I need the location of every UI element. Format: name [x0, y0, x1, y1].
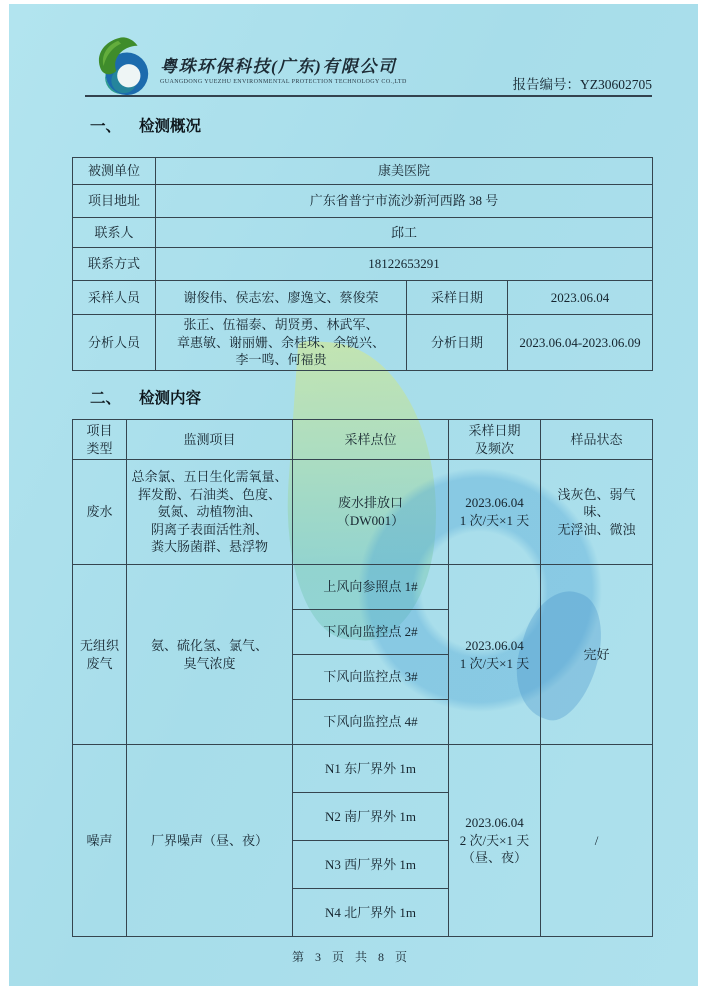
overview-value2: 2023.06.04-2023.06.09 — [508, 315, 653, 371]
header-rule — [85, 95, 652, 97]
overview-value: 康美医院 — [156, 158, 653, 185]
content-point: N3 西厂界外 1m — [293, 841, 449, 889]
section-title-content: 二、检测内容 — [90, 386, 201, 408]
overview-value: 邱工 — [156, 218, 653, 248]
content-items: 氨、硫化氢、氯气、 臭气浓度 — [127, 565, 293, 745]
overview-label: 分析人员 — [73, 315, 156, 371]
content-header-date: 采样日期 及频次 — [449, 420, 541, 460]
report-number: 报告编号：YZ30602705 — [440, 73, 652, 93]
section-title-overview: 一、检测概况 — [90, 114, 201, 136]
overview-label: 项目地址 — [73, 185, 156, 218]
report-number-value: YZ30602705 — [580, 77, 652, 92]
content-point: 下风向监控点 2# — [293, 610, 449, 655]
content-items: 总余氯、五日生化需氧量、 挥发酚、石油类、色度、 氨氮、动植物油、 阴离子表面活… — [127, 460, 293, 565]
content-point: 下风向监控点 3# — [293, 655, 449, 700]
content-header-status: 样品状态 — [541, 420, 653, 460]
section1-number: 一、 — [90, 118, 121, 135]
content-type: 废水 — [73, 460, 127, 565]
content-point: 废水排放口 （DW001） — [293, 460, 449, 565]
overview-value2: 2023.06.04 — [508, 281, 653, 315]
content-point: 上风向参照点 1# — [293, 565, 449, 610]
overview-label: 联系方式 — [73, 248, 156, 281]
overview-value: 18122653291 — [156, 248, 653, 281]
content-header-items: 监测项目 — [127, 420, 293, 460]
content-items: 厂界噪声（昼、夜） — [127, 745, 293, 937]
content-status: 浅灰色、弱气味、 无浮油、微浊 — [541, 460, 653, 565]
content-type: 无组织 废气 — [73, 565, 127, 745]
overview-value: 谢俊伟、侯志宏、廖逸文、蔡俊荣 — [156, 281, 407, 315]
content-table: 项目 类型 监测项目 采样点位 采样日期 及频次 样品状态 废水 总余氯、五日生… — [72, 419, 653, 937]
content-status: 完好 — [541, 565, 653, 745]
content-date: 2023.06.04 1 次/天×1 天 — [449, 565, 541, 745]
content-date: 2023.06.04 2 次/天×1 天 （昼、夜） — [449, 745, 541, 937]
content-point: N1 东厂界外 1m — [293, 745, 449, 793]
overview-value: 广东省普宁市流沙新河西路 38 号 — [156, 185, 653, 218]
content-date: 2023.06.04 1 次/天×1 天 — [449, 460, 541, 565]
overview-label2: 分析日期 — [407, 315, 508, 371]
company-name-cn: 粤珠环保科技(广东)有限公司 — [160, 52, 460, 77]
overview-label: 联系人 — [73, 218, 156, 248]
overview-label: 采样人员 — [73, 281, 156, 315]
company-name-block: 粤珠环保科技(广东)有限公司 GUANGDONG YUEZHU ENVIRONM… — [160, 52, 460, 85]
report-page: 粤珠环保科技(广东)有限公司 GUANGDONG YUEZHU ENVIRONM… — [0, 0, 703, 994]
content-point: N2 南厂界外 1m — [293, 793, 449, 841]
section2-text: 检测内容 — [139, 390, 201, 407]
content-header-points: 采样点位 — [293, 420, 449, 460]
company-name-en: GUANGDONG YUEZHU ENVIRONMENTAL PROTECTIO… — [160, 79, 460, 85]
company-logo-icon — [92, 35, 154, 99]
content-status: / — [541, 745, 653, 937]
section2-number: 二、 — [90, 390, 121, 407]
section1-text: 检测概况 — [139, 118, 201, 135]
overview-label: 被测单位 — [73, 158, 156, 185]
overview-value: 张正、伍福泰、胡贤勇、林武军、 章惠敏、谢丽姗、余桂珠、余锐兴、 李一鸣、何福贵 — [156, 315, 407, 371]
overview-table: 被测单位 康美医院 项目地址 广东省普宁市流沙新河西路 38 号 联系人 邱工 … — [72, 157, 653, 371]
overview-label2: 采样日期 — [407, 281, 508, 315]
content-point: N4 北厂界外 1m — [293, 889, 449, 937]
content-type: 噪声 — [73, 745, 127, 937]
page-number: 第 3 页 共 8 页 — [0, 948, 703, 965]
content-header-type: 项目 类型 — [73, 420, 127, 460]
report-number-label: 报告编号： — [513, 77, 581, 92]
content-point: 下风向监控点 4# — [293, 700, 449, 745]
